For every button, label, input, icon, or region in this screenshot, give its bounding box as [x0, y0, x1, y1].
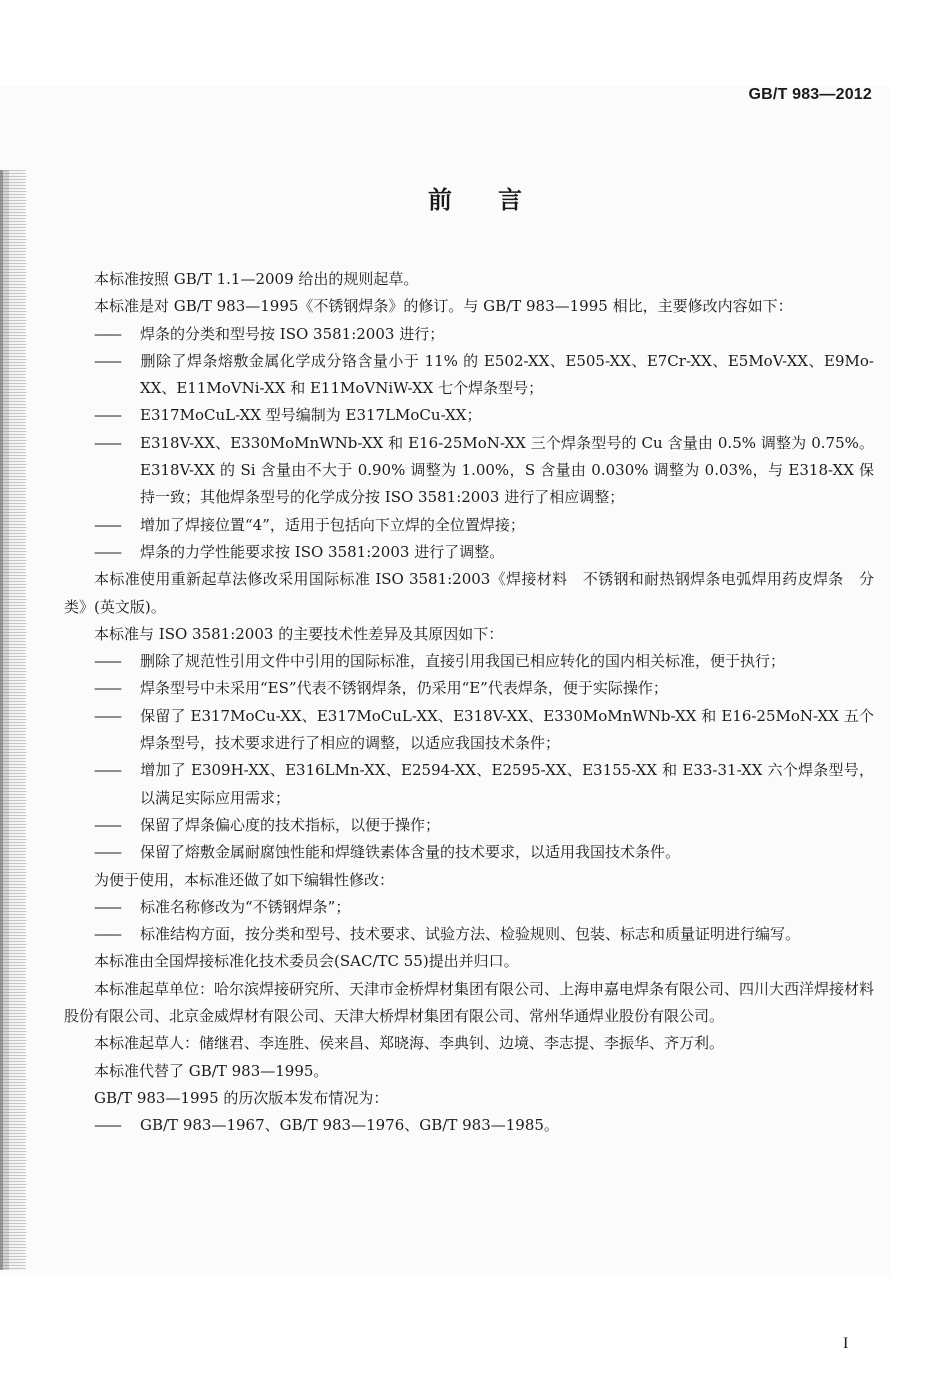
dash-bullet: ——	[94, 321, 140, 348]
list-item: ——GB/T 983—1967、GB/T 983—1976、GB/T 983—1…	[64, 1112, 874, 1139]
dash-bullet: ——	[94, 430, 140, 457]
list-item-text: 删除了焊条熔敷金属化学成分铬含量小于 11% 的 E502-XX、E505-XX…	[140, 352, 874, 397]
list-item: ——保留了焊条偏心度的技术指标，以便于操作；	[64, 812, 874, 839]
dash-bullet: ——	[94, 539, 140, 566]
paragraph: 本标准使用重新起草法修改采用国际标准 ISO 3581:2003《焊接材料 不锈…	[64, 566, 874, 621]
list-item-text: 标准名称修改为“不锈钢焊条”；	[140, 898, 350, 916]
list-item-text: E317MoCuL-XX 型号编制为 E317LMoCu-XX；	[140, 406, 481, 424]
dash-bullet: ——	[94, 675, 140, 702]
list-item-text: 保留了熔敷金属耐腐蚀性能和焊缝铁素体含量的技术要求，以适用我国技术条件。	[140, 843, 680, 861]
list-item: ——焊条的力学性能要求按 ISO 3581:2003 进行了调整。	[64, 539, 874, 566]
paragraph: 本标准起草人：储继君、李连胜、侯来昌、郑晓海、李典钊、边境、李志提、李振华、齐万…	[64, 1030, 874, 1057]
dash-bullet: ——	[94, 757, 140, 784]
list-item-text: 焊条的力学性能要求按 ISO 3581:2003 进行了调整。	[140, 543, 504, 561]
paragraph: 本标准与 ISO 3581:2003 的主要技术性差异及其原因如下：	[64, 621, 874, 648]
list-item: ——删除了规范性引用文件中引用的国际标准，直接引用我国已相应转化的国内相关标准，…	[64, 648, 874, 675]
list-item-text: E318V-XX、E330MoMnWNb-XX 和 E16-25MoN-XX 三…	[140, 434, 874, 507]
paragraph: 本标准由全国焊接标准化技术委员会(SAC/TC 55)提出并归口。	[64, 948, 874, 975]
dash-bullet: ——	[94, 648, 140, 675]
list-item-text: 焊条型号中未采用“ES”代表不锈钢焊条，仍采用“E”代表焊条，便于实际操作；	[140, 679, 668, 697]
paragraph: 本标准代替了 GB/T 983—1995。	[64, 1058, 874, 1085]
list-item: ——增加了 E309H-XX、E316LMn-XX、E2594-XX、E2595…	[64, 757, 874, 812]
list-item: ——标准名称修改为“不锈钢焊条”；	[64, 894, 874, 921]
paragraph: 本标准起草单位：哈尔滨焊接研究所、天津市金桥焊材集团有限公司、上海申嘉电焊条有限…	[64, 976, 874, 1031]
list-item-text: 增加了 E309H-XX、E316LMn-XX、E2594-XX、E2595-X…	[140, 761, 874, 806]
dash-bullet: ——	[94, 839, 140, 866]
dash-bullet: ——	[94, 402, 140, 429]
standard-code-header: GB/T 983—2012	[748, 86, 872, 104]
paragraph: 本标准按照 GB/T 1.1—2009 给出的规则起草。	[64, 266, 874, 293]
list-item-text: 标准结构方面，按分类和型号、技术要求、试验方法、检验规则、包装、标志和质量证明进…	[140, 925, 800, 943]
list-item: ——焊条型号中未采用“ES”代表不锈钢焊条，仍采用“E”代表焊条，便于实际操作；	[64, 675, 874, 702]
list-item: ——焊条的分类和型号按 ISO 3581:2003 进行；	[64, 321, 874, 348]
dash-bullet: ——	[94, 348, 140, 375]
list-item-text: 焊条的分类和型号按 ISO 3581:2003 进行；	[140, 325, 444, 343]
list-item: ——保留了熔敷金属耐腐蚀性能和焊缝铁素体含量的技术要求，以适用我国技术条件。	[64, 839, 874, 866]
list-item-text: 保留了 E317MoCu-XX、E317MoCuL-XX、E318V-XX、E3…	[140, 707, 874, 752]
paragraph: GB/T 983—1995 的历次版本发布情况为：	[64, 1085, 874, 1112]
list-item-text: 保留了焊条偏心度的技术指标，以便于操作；	[140, 816, 440, 834]
list-item-text: 增加了焊接位置“4”，适用于包括向下立焊的全位置焊接；	[140, 516, 525, 534]
paragraph: 本标准是对 GB/T 983—1995《不锈钢焊条》的修订。与 GB/T 983…	[64, 293, 874, 320]
paragraph: 为便于使用，本标准还做了如下编辑性修改：	[64, 867, 874, 894]
dash-bullet: ——	[94, 921, 140, 948]
dash-bullet: ——	[94, 894, 140, 921]
page-number: I	[843, 1335, 848, 1353]
dash-bullet: ——	[94, 1112, 140, 1139]
foreword-body: 本标准按照 GB/T 1.1—2009 给出的规则起草。 本标准是对 GB/T …	[64, 266, 874, 1140]
dash-bullet: ——	[94, 703, 140, 730]
list-item: ——E317MoCuL-XX 型号编制为 E317LMoCu-XX；	[64, 402, 874, 429]
list-item-text: GB/T 983—1967、GB/T 983—1976、GB/T 983—198…	[140, 1116, 559, 1134]
list-item: ——标准结构方面，按分类和型号、技术要求、试验方法、检验规则、包装、标志和质量证…	[64, 921, 874, 948]
dash-bullet: ——	[94, 512, 140, 539]
dash-bullet: ——	[94, 812, 140, 839]
page-title: 前言	[0, 180, 950, 215]
list-item: ——删除了焊条熔敷金属化学成分铬含量小于 11% 的 E502-XX、E505-…	[64, 348, 874, 403]
scan-edge-noise	[0, 170, 26, 1270]
list-item-text: 删除了规范性引用文件中引用的国际标准，直接引用我国已相应转化的国内相关标准，便于…	[140, 652, 785, 670]
list-item: ——增加了焊接位置“4”，适用于包括向下立焊的全位置焊接；	[64, 512, 874, 539]
list-item: ——保留了 E317MoCu-XX、E317MoCuL-XX、E318V-XX、…	[64, 703, 874, 758]
list-item: ——E318V-XX、E330MoMnWNb-XX 和 E16-25MoN-XX…	[64, 430, 874, 512]
